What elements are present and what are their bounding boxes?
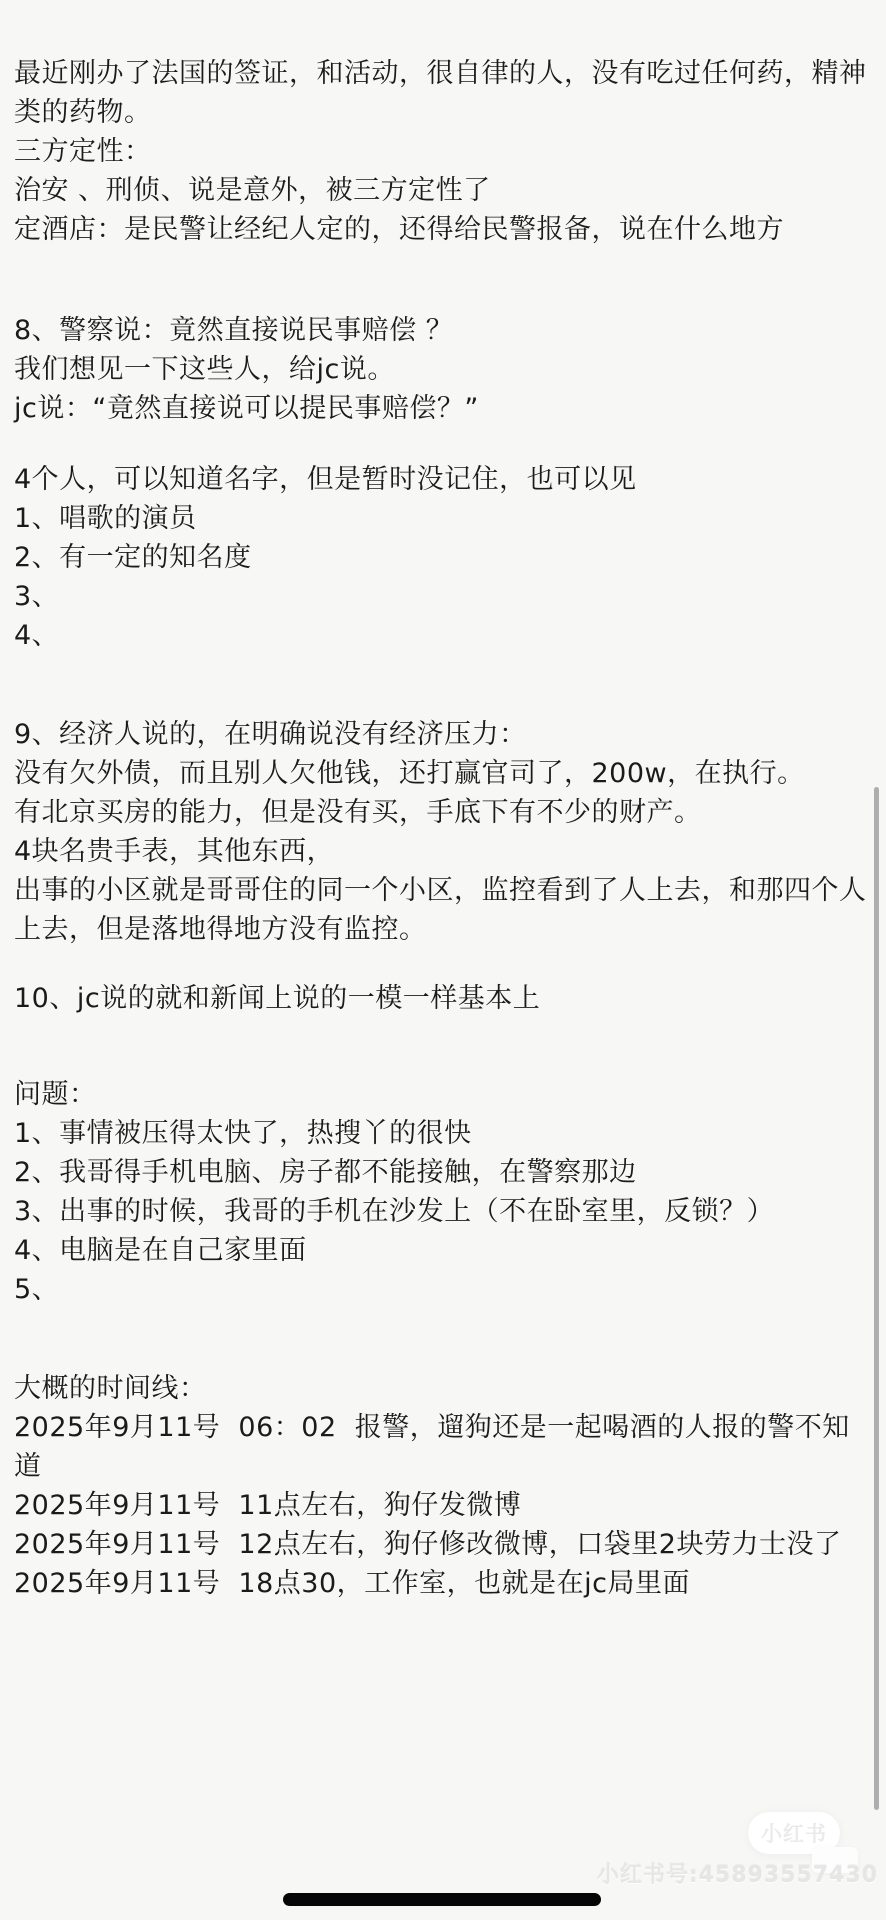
text-line: 治安 、刑侦、说是意外，被三方定性了 (14, 171, 872, 210)
text-line: 4、电脑是在自己家里面 (14, 1231, 872, 1270)
home-indicator-bar[interactable] (283, 1893, 601, 1906)
text-line: 问题： (14, 1075, 872, 1114)
text-line: 类的药物。 (14, 93, 872, 132)
text-line: 3、 (14, 577, 872, 616)
text-line: 5、 (14, 1270, 872, 1309)
xiaohongshu-id-watermark: 小红书号:45893557430 (597, 1858, 878, 1889)
text-line: 有北京买房的能力，但是没有买，手底下有不少的财产。 (14, 793, 872, 832)
text-line: 大概的时间线： (14, 1369, 872, 1408)
scrollbar-thumb[interactable] (874, 787, 879, 1810)
text-section: 8、警察说：竟然直接说民事赔偿 ？我们想见一下这些人，给jc说。jc说：“竟然直… (14, 311, 872, 428)
text-line: 4、 (14, 616, 872, 655)
text-line: 8、警察说：竟然直接说民事赔偿 ？ (14, 311, 872, 350)
text-line: 最近刚办了法国的签证，和活动，很自律的人，没有吃过任何药，精神 (14, 54, 872, 93)
text-section: 大概的时间线：2025年9月11号 06：02 报警，遛狗还是一起喝酒的人报的警… (14, 1369, 872, 1603)
text-line: 3、出事的时候，我哥的手机在沙发上（不在卧室里，反锁？） (14, 1192, 872, 1231)
text-line: 10、jc说的就和新闻上说的一模一样基本上 (14, 979, 872, 1018)
text-line: 2025年9月11号 18点30，工作室，也就是在jc局里面 (14, 1564, 872, 1603)
text-line: 9、经济人说的，在明确说没有经济压力： (14, 715, 872, 754)
text-line: 1、唱歌的演员 (14, 499, 872, 538)
xiaohongshu-logo-label: 小红书 (761, 1818, 827, 1848)
text-line: 上去，但是落地得地方没有监控。 (14, 910, 872, 949)
text-line: jc说：“竟然直接说可以提民事赔偿？” (14, 389, 872, 428)
text-line: 定酒店：是民警让经纪人定的，还得给民警报备，说在什么地方 (14, 210, 872, 249)
screenshot-root: 最近刚办了法国的签证，和活动，很自律的人，没有吃过任何药，精神类的药物。三方定性… (0, 0, 886, 1920)
text-line: 4个人，可以知道名字，但是暂时没记住，也可以见 (14, 460, 872, 499)
text-line: 我们想见一下这些人，给jc说。 (14, 350, 872, 389)
text-line: 2025年9月11号 06：02 报警，遛狗还是一起喝酒的人报的警不知道 (14, 1408, 872, 1486)
text-section: 最近刚办了法国的签证，和活动，很自律的人，没有吃过任何药，精神类的药物。三方定性… (14, 54, 872, 249)
notes-document: 最近刚办了法国的签证，和活动，很自律的人，没有吃过任何药，精神类的药物。三方定性… (0, 0, 886, 1603)
text-line: 2、我哥得手机电脑、房子都不能接触，在警察那边 (14, 1153, 872, 1192)
text-section: 10、jc说的就和新闻上说的一模一样基本上 (14, 979, 872, 1018)
text-line: 2025年9月11号 12点左右，狗仔修改微博，口袋里2块劳力士没了 (14, 1525, 872, 1564)
text-section: 9、经济人说的，在明确说没有经济压力：没有欠外债，而且别人欠他钱，还打赢官司了，… (14, 715, 872, 949)
text-line: 出事的小区就是哥哥住的同一个小区，监控看到了人上去，和那四个人 (14, 871, 872, 910)
text-section: 4个人，可以知道名字，但是暂时没记住，也可以见1、唱歌的演员2、有一定的知名度3… (14, 460, 872, 655)
text-section: 问题：1、事情被压得太快了，热搜丫的很快2、我哥得手机电脑、房子都不能接触，在警… (14, 1075, 872, 1309)
text-line: 三方定性： (14, 132, 872, 171)
text-line: 1、事情被压得太快了，热搜丫的很快 (14, 1114, 872, 1153)
text-line: 没有欠外债，而且别人欠他钱，还打赢官司了，200w，在执行。 (14, 754, 872, 793)
text-line: 2、有一定的知名度 (14, 538, 872, 577)
text-line: 4块名贵手表，其他东西， (14, 832, 872, 871)
text-line: 2025年9月11号 11点左右，狗仔发微博 (14, 1486, 872, 1525)
